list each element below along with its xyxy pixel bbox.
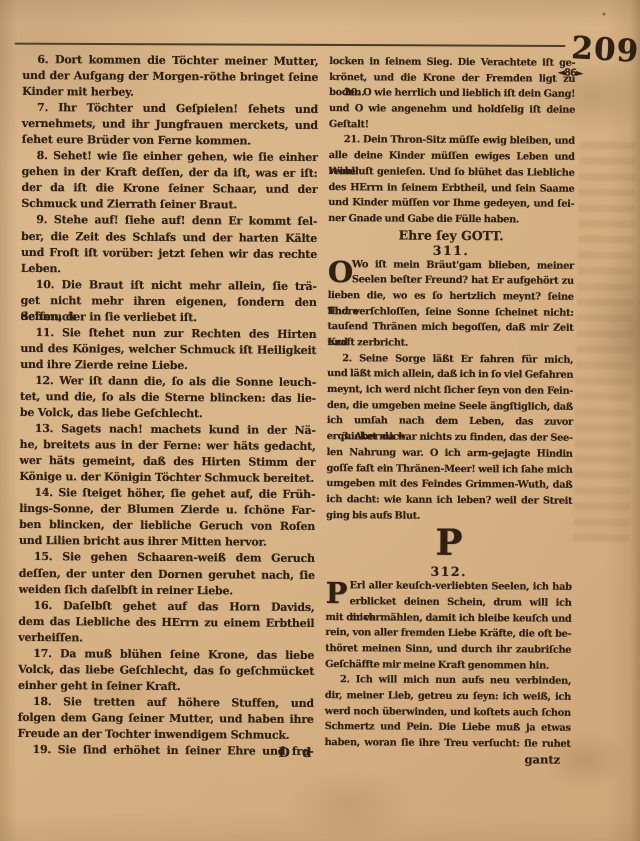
text-line: und Kinder müſſen vor Ihme gedeyen, und … [328, 195, 574, 212]
paragraph: 13. Sagets nach! machets kund in der Nä-… [19, 421, 315, 487]
text-line: ſind verſchloſſen, ſeine Sonne ſcheinet … [328, 304, 574, 321]
paragraph: 8. Sehet! wie ſie einher gehen, wie ſie … [21, 148, 317, 214]
paragraph: 21. Dein Thron-Sitz müſſe ewig bleiben, … [328, 132, 575, 228]
text-line: 18. Sie tretten auf höhere Stuffen, und [18, 694, 314, 712]
text-line: Seelen beſter Freund? hat Er aufgehört z… [328, 272, 574, 289]
paragraph: 2. Seine Sorge läßt Er fahren für mich,u… [327, 351, 574, 431]
text-line: Schmertz und Pein. Die Liebe muß ja etwa… [325, 719, 571, 736]
text-line: den, die umgeben meine Seele ängſtiglich… [327, 398, 573, 415]
text-line: meynt, ich werd nicht ſicher ſeyn von de… [327, 382, 573, 399]
text-line: und Froſt iſt vorüber: jetzt ſehen wir d… [21, 244, 317, 262]
text-line: ich dacht: wie kann ich leben? weil der … [326, 492, 572, 509]
scanned-book-page: 209 ◄86► 6. Dort kommen die Töchter mein… [0, 0, 640, 841]
text-line: Volck, das liebe Geſchlecht, das ſo geſc… [18, 662, 314, 680]
text-line: 10. Die Braut iſt nicht mehr allein, ſie… [21, 277, 317, 295]
doxology-heading: Ehre ſey GOTT. [328, 227, 574, 244]
text-line: alle deine Kinder müſſen ewiges Leben un… [329, 148, 575, 165]
text-line: 15. Sie gehen Schaaren-weiß dem Geruch [19, 549, 315, 567]
paragraph: 17. Da muß blühen ſeine Krone, das liebe… [18, 646, 314, 696]
left-column: 6. Dort kommen die Töchter meiner Mutter… [17, 52, 318, 760]
text-line: 17. Da muß blühen ſeine Krone, das liebe [18, 646, 314, 664]
paragraph: 15. Sie gehen Schaaren-weiß dem Geruchde… [19, 549, 315, 599]
text-line: 16. Daſelbſt gehet auf das Horn Davids, [19, 597, 315, 615]
text-line: ging bis aufs Blut. [326, 508, 572, 525]
paragraph: 10. Die Braut iſt nicht mehr allein, ſie… [21, 277, 317, 327]
paragraph: 18. Sie tretten auf höhere Stuffen, undf… [18, 694, 314, 744]
paragraph: 2. Ich will mich nun aufs neu verbinden,… [325, 672, 572, 752]
text-line: krönet, und die Krone der Fremden ligt z… [329, 70, 575, 87]
text-line: deſſen, der unter den Dornen geruhet nac… [19, 565, 315, 583]
text-line: und O wie angenehm und holdſelig iſt dei… [329, 101, 575, 118]
text-line: mit dir vermählen, damit ich bleibe keuſ… [325, 610, 571, 627]
text-line: goſſe faſt ein Thränen-Meer! weil ich ſa… [326, 461, 572, 478]
text-line: rein, von aller fremden Liebe Kräfte, di… [325, 625, 571, 642]
paragraph: 9. Stehe auf! ſiehe auf! denn Er kommt ſ… [21, 212, 317, 278]
paragraph: 14. Sie ſteiget höher, ſie gehet auf, di… [19, 485, 315, 551]
text-line: Erl aller keuſch-verliebten Seelen, ich … [326, 578, 572, 595]
text-line: lieben die, wo es ſo hertzlich meynt? ſe… [328, 288, 574, 305]
text-line: werd noch überwinden, und koſtets auch ſ… [325, 704, 571, 721]
hymn-number: 312. [326, 563, 572, 580]
paragraph: 19. Sie ſind erhöhet in ſeiner Ehre und … [17, 742, 313, 760]
text-line: dem das Liebliche des HErrn zu einem Erb… [18, 614, 314, 632]
text-line: Kraft zerbricht. [327, 335, 573, 352]
text-line: locken in ſeinem Sieg. Die Verachtete iſ… [329, 54, 575, 71]
text-line: erblicket deinen Schein, drum will ich m… [326, 594, 572, 611]
hymn-number: 311. [328, 242, 574, 259]
text-line: und des Königes, welcher Schmuck iſt Hei… [20, 341, 316, 359]
text-line: get nicht mehr ihren eigenen, ſondern de… [21, 293, 317, 311]
paragraph: 7. Ihr Töchter und Geſpielen! ſehets und… [22, 100, 318, 150]
text-line: des HErrn in ſeinem Erbtheil, und ſein S… [328, 180, 574, 197]
text-line: 2. Seine Sorge läßt Er fahren für mich, [327, 351, 573, 368]
text-line: 9. Stehe auf! ſiehe auf! denn Er kommt ſ… [21, 212, 317, 230]
text-line: Wohlluſt genieſen. Und ſo blühet das Lie… [329, 164, 575, 181]
text-line: 21. Dein Thron-Sitz müſſe ewig bleiben, … [329, 132, 575, 149]
header-rule [14, 43, 565, 47]
paragraph: 6. Dort kommen die Töchter meiner Mutter… [22, 52, 318, 102]
paragraph: 11. Sie ſtehet nun zur Rechten des Hirte… [20, 325, 316, 375]
page-content: 209 ◄86► 6. Dort kommen die Töchter mein… [0, 0, 640, 841]
paragraph: 16. Daſelbſt gehet auf das Horn Davids,d… [18, 597, 314, 647]
text-line: ber, die Zeit des Schlafs und der harten… [21, 228, 317, 246]
text-line: 2. Ich will mich nun aufs neu verbinden, [325, 672, 571, 689]
signature-mark: D d [278, 746, 315, 761]
text-line: tauſend Thränen mich begoſſen, daß mir Z… [327, 319, 573, 336]
drop-cap: P [326, 578, 348, 608]
paragraph: 3. Aber da war nichts zu finden, das der… [326, 429, 573, 525]
text-line: ner Gnade und Gabe die Fülle haben. [328, 211, 574, 228]
page-number: 209 [571, 31, 640, 69]
right-column: locken in ſeinem Sieg. Die Verachtete iſ… [325, 54, 576, 753]
text-line: und läßt mich allein, daß ich in ſo viel… [327, 366, 573, 383]
paragraph: OWo iſt mein Bräut'gam blieben, meinerSe… [327, 257, 574, 353]
text-line: umgeben mit des Feindes Grimmen-Wuth, da… [326, 476, 572, 493]
text-line: Geſtalt! [329, 117, 575, 134]
text-line: Wo iſt mein Bräut'gam blieben, meiner [328, 257, 574, 274]
section-ornament-letter: P [326, 523, 572, 565]
text-line: dir, meiner Lieb, getreu zu ſeyn: ich we… [325, 688, 571, 705]
text-line: 19. Sie ſind erhöhet in ſeiner Ehre und … [17, 742, 313, 760]
text-line: 3. Aber da war nichts zu finden, das der… [327, 429, 573, 446]
text-line: haben, woran ſie ihre Treu verſucht: ſie… [325, 735, 571, 752]
paragraph: locken in ſeinem Sieg. Die Verachtete iſ… [329, 54, 575, 87]
text-line: ich umſah nach dem Leben, das zuvor erqu… [327, 413, 573, 430]
paragraph: PErl aller keuſch-verliebten Seelen, ich… [325, 578, 572, 674]
drop-cap: O [328, 257, 353, 287]
text-line: 11. Sie ſtehet nun zur Rechten des Hirte… [20, 325, 316, 343]
text-line: Geſchäffte mir meine Kraft genommen hin. [325, 657, 571, 674]
text-line: len Nahrung war. O ich arm-gejagte Hindi… [327, 445, 573, 462]
text-line: 20. O wie herrlich und lieblich iſt dein… [329, 85, 575, 102]
ink-bleedthrough [573, 142, 635, 543]
paragraph: 12. Wer iſt dann die, ſo als die Sonne l… [20, 373, 316, 423]
paragraph: 20. O wie herrlich und lieblich iſt dein… [329, 85, 575, 134]
text-line: thöret meinen Sinn, und durch ihr zaubri… [325, 641, 571, 658]
catchword: gantz [524, 752, 560, 766]
